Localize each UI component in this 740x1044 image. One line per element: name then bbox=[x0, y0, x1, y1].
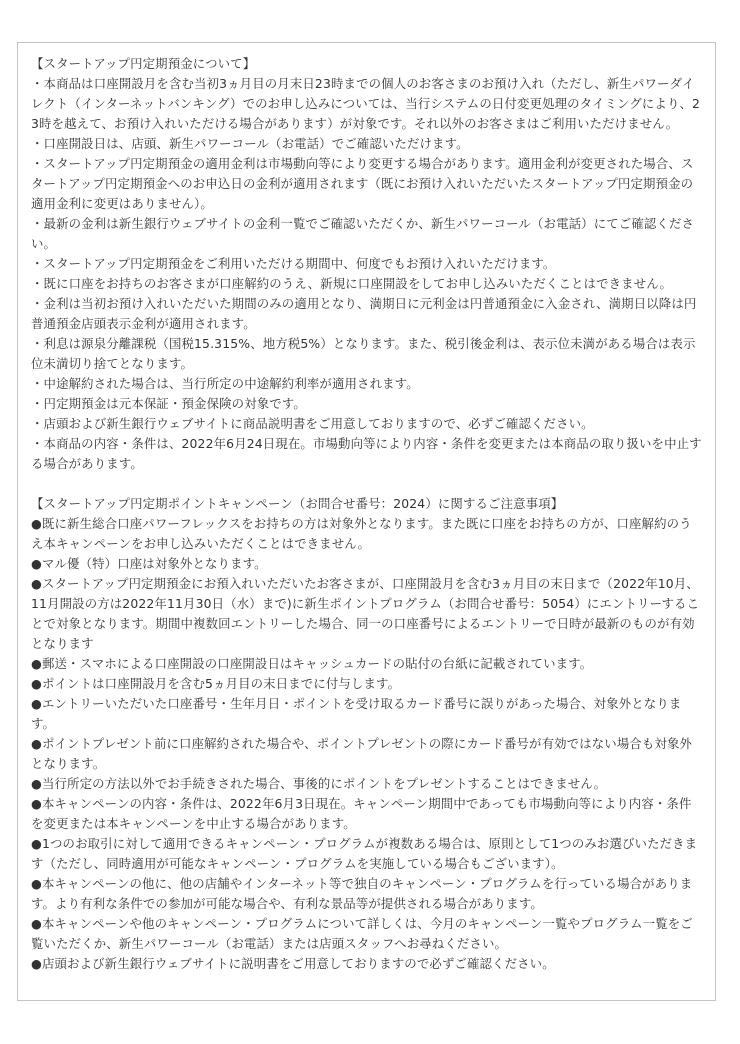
campaign-note: ●スタートアップ円定期預金にお預入れいただいたお客さまが、口座開設月を含む3ヵ月… bbox=[31, 574, 703, 654]
section-title-point-campaign: 【スタートアップ円定期ポイントキャンペーン（お問合せ番号：2024）に関するご注… bbox=[31, 494, 703, 514]
notice-item: ・スタートアップ円定期預金をご利用いただける期間中、何度でもお預け入れいただけま… bbox=[31, 254, 703, 274]
notice-item: ・口座開設日は、店頭、新生パワーコール（お電話）でご確認いただけます。 bbox=[31, 134, 703, 154]
campaign-note: ●既に新生総合口座パワーフレックスをお持ちの方は対象外となります。また既に口座を… bbox=[31, 514, 703, 554]
campaign-note: ●ポイントプレゼント前に口座解約された場合や、ポイントプレゼントの際にカード番号… bbox=[31, 734, 703, 774]
campaign-note: ●本キャンペーンの内容・条件は、2022年6月3日現在。キャンペーン期間中であっ… bbox=[31, 794, 703, 834]
campaign-note: ●ポイントは口座開設月を含む5ヵ月目の末日までに付与します。 bbox=[31, 674, 703, 694]
notice-item: ・中途解約された場合は、当行所定の中途解約利率が適用されます。 bbox=[31, 374, 703, 394]
notice-item: ・既に口座をお持ちのお客さまが口座解約のうえ、新規に口座開設をしてお申し込みいた… bbox=[31, 274, 703, 294]
campaign-note: ●本キャンペーンの他に、他の店舗やインターネット等で独自のキャンペーン・プログラ… bbox=[31, 874, 703, 914]
campaign-note: ●店頭および新生銀行ウェブサイトに説明書をご用意しておりますので必ずご確認くださ… bbox=[31, 954, 703, 974]
notice-item: ・本商品の内容・条件は、2022年6月24日現在。市場動向等により内容・条件を変… bbox=[31, 434, 703, 474]
campaign-note: ●当行所定の方法以外でお手続きされた場合、事後的にポイントをプレゼントすることは… bbox=[31, 774, 703, 794]
notice-item: ・スタートアップ円定期預金の適用金利は市場動向等により変更する場合があります。適… bbox=[31, 154, 703, 214]
campaign-note: ●エントリーいただいた口座番号・生年月日・ポイントを受け取るカード番号に誤りがあ… bbox=[31, 694, 703, 734]
notice-item: ・最新の金利は新生銀行ウェブサイトの金利一覧でご確認いただくか、新生パワーコール… bbox=[31, 214, 703, 254]
notice-item: ・金利は当初お預け入れいただいた期間のみの適用となり、満期日に元利金は円普通預金… bbox=[31, 294, 703, 334]
notice-item: ・本商品は口座開設月を含む当初3ヵ月目の月末日23時までの個人のお客さまのお預け… bbox=[31, 74, 703, 134]
campaign-note: ●マル優（特）口座は対象外となります。 bbox=[31, 554, 703, 574]
notice-item: ・円定期預金は元本保証・預金保険の対象です。 bbox=[31, 394, 703, 414]
campaign-note: ●郵送・スマホによる口座開設の口座開設日はキャッシュカードの貼付の台紙に記載され… bbox=[31, 654, 703, 674]
campaign-note: ●本キャンペーンや他のキャンペーン・プログラムについて詳しくは、今月のキャンペー… bbox=[31, 914, 703, 954]
notice-box: 【スタートアップ円定期預金について】 ・本商品は口座開設月を含む当初3ヵ月目の月… bbox=[17, 42, 716, 1001]
campaign-note: ●1つのお取引に対して適用できるキャンペーン・プログラムが複数ある場合は、原則と… bbox=[31, 834, 703, 874]
notice-item: ・利息は源泉分離課税（国税15.315%、地方税5%）となります。また、税引後金… bbox=[31, 334, 703, 374]
notice-item: ・店頭および新生銀行ウェブサイトに商品説明書をご用意しておりますので、必ずご確認… bbox=[31, 414, 703, 434]
section-spacer bbox=[31, 474, 703, 494]
section-title-startup-deposit: 【スタートアップ円定期預金について】 bbox=[31, 54, 703, 74]
